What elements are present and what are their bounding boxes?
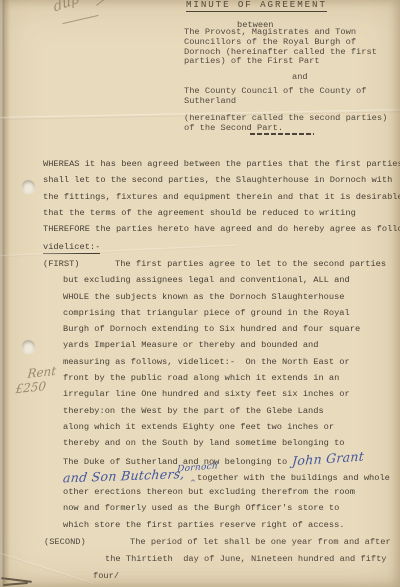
typed-line: front by the public road along which it … (63, 370, 400, 386)
pencil-underline-mark (62, 15, 98, 24)
typed-line-with-ink: and Son Butchers,Dornoch^together with t… (63, 468, 400, 484)
ink-handwriting-name: John Grant (292, 448, 365, 469)
scanned-document-page: dup MINUTE OF AGREEMENT between The Prov… (0, 0, 400, 587)
typed-line: which store the first parties reserve ri… (63, 517, 400, 533)
divider-rule (250, 133, 314, 135)
punch-hole-bottom (22, 340, 35, 353)
pencil-annotation-top: dup (52, 0, 80, 16)
typed-line: Burgh of Dornoch extending to Six hundre… (63, 321, 400, 337)
typed-line: four/ (93, 568, 119, 584)
typed-line: THEREFORE the parties hereto have agreed… (43, 221, 400, 237)
clause-second-label: (SECOND) (44, 534, 86, 550)
typed-line: other erections thereon but excluding th… (63, 484, 400, 500)
typed-line: yards Imperial Measure or thereby and bo… (63, 337, 400, 353)
party-line: parties) of the First Part (184, 57, 377, 67)
whereas-paragraph: WHEREAS it has been agreed between the p… (43, 156, 400, 237)
typed-line: The first parties agree to let to the se… (63, 256, 400, 272)
videlicet-text: videlicet:- (43, 242, 100, 254)
typed-line: measuring as follows, videlicet:- On the… (63, 354, 400, 370)
typed-line: but excluding assignees legal and conven… (63, 272, 400, 288)
first-party-block: The Provost, Magistrates and Town Counci… (184, 28, 377, 67)
typed-line: thereby:on the West by the part of the G… (63, 403, 400, 419)
typed-line: irregular line One hundred and sixty fee… (63, 386, 400, 402)
typed-line: the Thirtieth day of June, Nineteen hund… (105, 551, 387, 567)
punch-hole-top (22, 180, 35, 193)
paper-left-edge-shadow (0, 0, 10, 587)
ink-handwriting-insertion: Dornoch (177, 458, 219, 478)
typed-line: now and formerly used as the Burgh Offic… (63, 500, 400, 516)
typed-line: comprising that triangular piece of grou… (63, 305, 400, 321)
typed-line: the fittings, fixtures and equipment the… (43, 189, 400, 205)
second-party-block: The County Council of the County of Suth… (184, 87, 366, 107)
typed-line-with-ink: The Duke of Sutherland and now belonging… (63, 452, 400, 468)
typed-line: WHEREAS it has been agreed between the p… (43, 156, 400, 172)
document-title: MINUTE OF AGREEMENT (186, 0, 327, 12)
typed-line: shall let to the second parties, the Sla… (43, 172, 400, 188)
second-party-designation: (hereinafter called the second parties) … (184, 114, 387, 134)
document-title-text: MINUTE OF AGREEMENT (186, 0, 327, 12)
typed-line: along which it extends Eighty one feet t… (63, 419, 400, 435)
videlicet-heading: videlicet:- (43, 239, 100, 255)
clause-first-paragraph: The first parties agree to let to the se… (63, 256, 400, 533)
typed-line: WHOLE the subjects known as the Dornoch … (63, 289, 400, 305)
pencil-stroke-mark (96, 0, 107, 6)
typed-fragment: together with the buildings and whole (197, 473, 390, 483)
typed-line: that the terms of the agreement should b… (43, 205, 400, 221)
pencil-note-amount: £250 (15, 378, 55, 396)
caret-mark: ^ (190, 475, 196, 491)
pencil-margin-note: Rent £250 (15, 364, 56, 397)
typed-line: The period of let shall be one year from… (130, 534, 391, 550)
and-label: and (292, 72, 308, 82)
party-line: Sutherland (184, 97, 366, 107)
